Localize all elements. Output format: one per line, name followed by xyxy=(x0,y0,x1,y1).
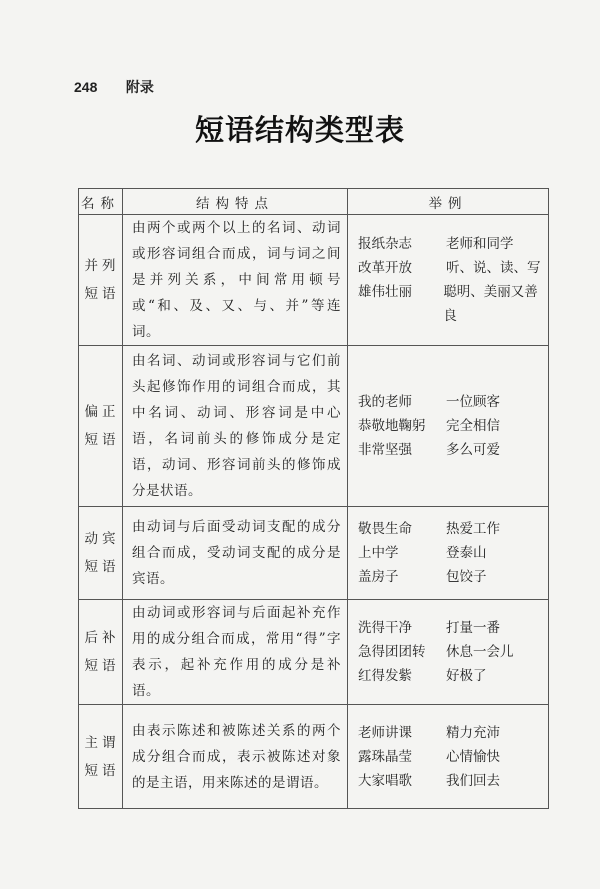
page-title: 短语结构类型表 xyxy=(0,108,600,149)
table-row: 后补短语 由动词或形容词与后面起补充作用的成分组合而成，常用“得”字表示，起补充… xyxy=(79,600,549,705)
table-row: 并列短语 由两个或两个以上的名词、动词或形容词组合而成，词与词之间是并列关系，中… xyxy=(79,215,549,346)
table-row: 偏正短语 由名词、动词或形容词与它们前头起修饰作用的词组合而成，其中名词、动词、… xyxy=(79,346,549,507)
phrase-feature: 由名词、动词或形容词与它们前头起修饰作用的词组合而成，其中名词、动词、形容词是中… xyxy=(123,346,348,507)
table-header-row: 名称 结构特点 举例 xyxy=(79,189,549,215)
header-name: 名称 xyxy=(79,189,123,215)
phrase-examples: 洗得干净打量一番 急得团团转休息一会儿 红得发紫好极了 xyxy=(348,600,549,705)
phrase-name: 并列短语 xyxy=(79,215,123,346)
table-row: 主谓短语 由表示陈述和被陈述关系的两个成分组合而成，表示被陈述对象的是主语，用来… xyxy=(79,705,549,809)
phrase-examples: 我的老师一位顾客 恭敬地鞠躬完全相信 非常坚强多么可爱 xyxy=(348,346,549,507)
phrase-name: 偏正短语 xyxy=(79,346,123,507)
section-label: 附录 xyxy=(126,79,154,95)
phrase-name: 主谓短语 xyxy=(79,705,123,809)
page-header: 248 附录 xyxy=(74,77,154,97)
table-row: 动宾短语 由动词与后面受动词支配的成分组合而成，受动词支配的成分是宾语。 敬畏生… xyxy=(79,507,549,600)
phrase-feature: 由两个或两个以上的名词、动词或形容词组合而成，词与词之间是并列关系，中间常用顿号… xyxy=(123,215,348,346)
phrase-structure-table: 名称 结构特点 举例 并列短语 由两个或两个以上的名词、动词或形容词组合而成，词… xyxy=(78,188,549,809)
page-number: 248 xyxy=(74,79,122,95)
phrase-feature: 由动词或形容词与后面起补充作用的成分组合而成，常用“得”字表示，起补充作用的成分… xyxy=(123,600,348,705)
phrase-feature: 由表示陈述和被陈述关系的两个成分组合而成，表示被陈述对象的是主语，用来陈述的是谓… xyxy=(123,705,348,809)
phrase-name: 动宾短语 xyxy=(79,507,123,600)
phrase-name: 后补短语 xyxy=(79,600,123,705)
header-examples: 举例 xyxy=(348,189,549,215)
phrase-examples: 老师讲课精力充沛 露珠晶莹心情愉快 大家唱歌我们回去 xyxy=(348,705,549,809)
phrase-examples: 报纸杂志老师和同学 改革开放听、说、读、写 雄伟壮丽聪明、美丽又善良 xyxy=(348,215,549,346)
phrase-examples: 敬畏生命热爱工作 上中学登泰山 盖房子包饺子 xyxy=(348,507,549,600)
header-feature: 结构特点 xyxy=(123,189,348,215)
phrase-feature: 由动词与后面受动词支配的成分组合而成，受动词支配的成分是宾语。 xyxy=(123,507,348,600)
